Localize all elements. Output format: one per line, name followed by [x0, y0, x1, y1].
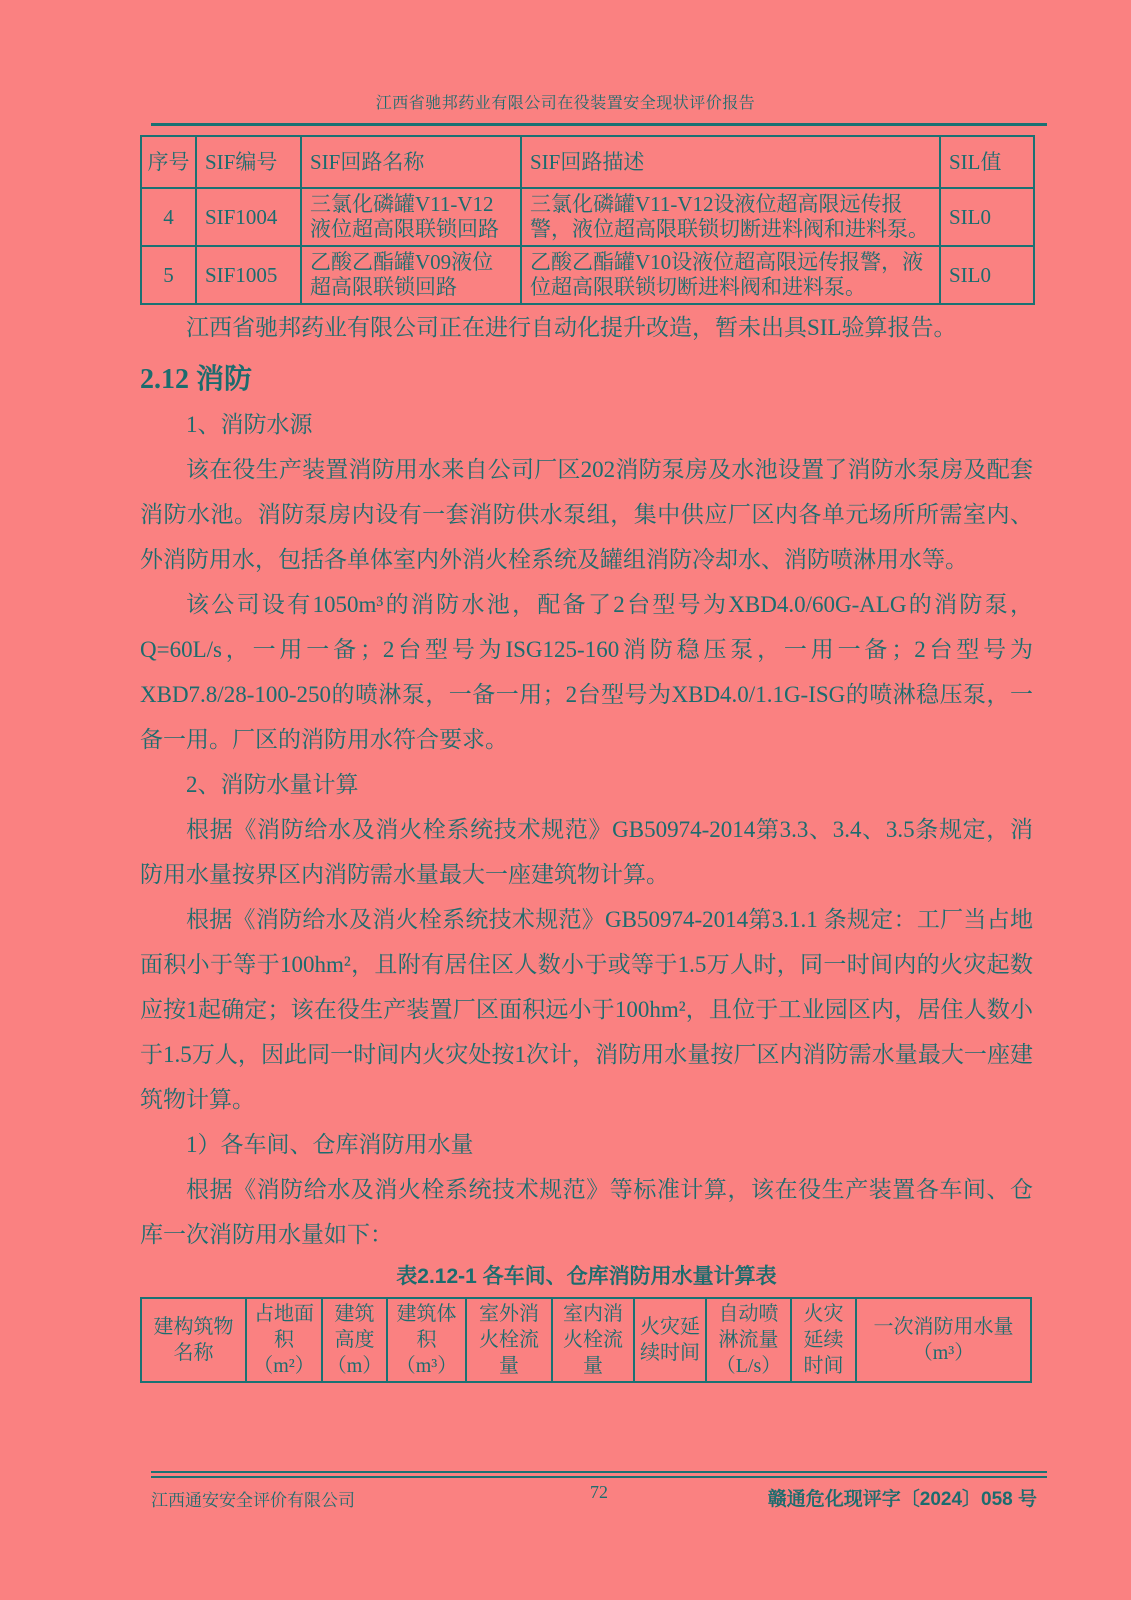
col-header-sif-name: SIF回路名称 — [301, 136, 521, 188]
cell-seq: 4 — [141, 188, 196, 246]
water-table-caption: 表2.12-1 各车间、仓库消防用水量计算表 — [140, 1263, 1033, 1291]
table-row: 4 SIF1004 三氯化磷罐V11-V12液位超高限联锁回路 三氯化磷罐V11… — [141, 188, 1034, 246]
sif-loop-table: 序号 SIF编号 SIF回路名称 SIF回路描述 SIL值 4 SIF1004 … — [140, 135, 1035, 305]
cell-sif-desc: 三氯化磷罐V11-V12设液位超高限远传报警，液位超高限联锁切断进料阀和进料泵。 — [521, 188, 940, 246]
section-heading-2-12: 2.12 消防 — [140, 358, 1033, 402]
header-divider — [151, 123, 1047, 126]
footer-doc-number: 赣通危化现评字〔2024〕058 号 — [768, 1484, 1037, 1511]
paragraph-water-source: 该在役生产装置消防用水来自公司厂区202消防泵房及水池设置了消防水泵房及配套消防… — [140, 447, 1033, 582]
cell-sif-desc: 乙酸乙酯罐V10设液位超高限远传报警，液位超高限联锁切断进料阀和进料泵。 — [521, 246, 940, 304]
col-header-footprint-area: 占地面积（m²） — [246, 1298, 322, 1382]
footer-page-number: 72 — [590, 1482, 608, 1503]
col-header-structure-name: 建构筑物名称 — [141, 1298, 246, 1382]
paragraph-pumps: 该公司设有1050m³的消防水池，配备了2台型号为XBD4.0/60G-ALG的… — [140, 582, 1033, 762]
cell-sif-name: 乙酸乙酯罐V09液位超高限联锁回路 — [301, 246, 521, 304]
cell-seq: 5 — [141, 246, 196, 304]
col-header-sprinkler-flow: 自动喷淋流量（L/s） — [706, 1298, 791, 1382]
cell-sil: SIL0 — [940, 188, 1034, 246]
cell-sif-code: SIF1004 — [196, 188, 301, 246]
cell-sif-name: 三氯化磷罐V11-V12液位超高限联锁回路 — [301, 188, 521, 246]
sif-table-header-row: 序号 SIF编号 SIF回路名称 SIF回路描述 SIL值 — [141, 136, 1034, 188]
list-item-workshop-usage: 1）各车间、仓库消防用水量 — [140, 1122, 1033, 1167]
paragraph-sil-report: 江西省驰邦药业有限公司正在进行自动化提升改造，暂未出具SIL验算报告。 — [140, 305, 1033, 350]
water-table-header-row: 建构筑物名称 占地面积（m²） 建筑高度（m） 建筑体积（m³） 室外消火栓流量… — [141, 1298, 1031, 1382]
col-header-single-use-volume: 一次消防用水量（m³） — [856, 1298, 1031, 1382]
cell-sif-code: SIF1005 — [196, 246, 301, 304]
body-text: 江西省驰邦药业有限公司正在进行自动化提升改造，暂未出具SIL验算报告。 2.12… — [140, 305, 1033, 1257]
col-header-sif-code: SIF编号 — [196, 136, 301, 188]
col-header-fire-duration-1: 火灾延续时间 — [634, 1298, 706, 1382]
col-header-building-volume: 建筑体积（m³） — [387, 1298, 466, 1382]
list-item-water-calc: 2、消防水量计算 — [140, 762, 1033, 807]
page-content: 序号 SIF编号 SIF回路名称 SIF回路描述 SIL值 4 SIF1004 … — [140, 135, 1033, 1383]
paragraph-workshop-intro: 根据《消防给水及消火栓系统技术规范》等标准计算，该在役生产装置各车间、仓库一次消… — [140, 1167, 1033, 1257]
fire-water-table: 建构筑物名称 占地面积（m²） 建筑高度（m） 建筑体积（m³） 室外消火栓流量… — [140, 1297, 1032, 1383]
col-header-sil: SIL值 — [940, 136, 1034, 188]
col-header-building-height: 建筑高度（m） — [322, 1298, 387, 1382]
paragraph-gb-rule-2: 根据《消防给水及消火栓系统技术规范》GB50974-2014第3.1.1 条规定… — [140, 897, 1033, 1122]
report-page: { "colors": { "page_background": "#fa818… — [0, 0, 1131, 1600]
col-header-fire-duration-2: 火灾延续时间 — [791, 1298, 856, 1382]
page-footer: 江西通安安全评价有限公司 72 赣通危化现评字〔2024〕058 号 — [151, 1482, 1047, 1512]
table-row: 5 SIF1005 乙酸乙酯罐V09液位超高限联锁回路 乙酸乙酯罐V10设液位超… — [141, 246, 1034, 304]
col-header-indoor-hydrant-flow: 室内消火栓流量 — [552, 1298, 634, 1382]
col-header-sif-desc: SIF回路描述 — [521, 136, 940, 188]
col-header-outdoor-hydrant-flow: 室外消火栓流量 — [466, 1298, 552, 1382]
footer-divider — [151, 1471, 1047, 1478]
col-header-seq: 序号 — [141, 136, 196, 188]
page-header-title: 江西省驰邦药业有限公司在役装置安全现状评价报告 — [0, 90, 1131, 113]
list-item-fire-water-source: 1、消防水源 — [140, 402, 1033, 447]
cell-sil: SIL0 — [940, 246, 1034, 304]
footer-company-name: 江西通安安全评价有限公司 — [151, 1486, 355, 1511]
paragraph-gb-rule-1: 根据《消防给水及消火栓系统技术规范》GB50974-2014第3.3、3.4、3… — [140, 807, 1033, 897]
